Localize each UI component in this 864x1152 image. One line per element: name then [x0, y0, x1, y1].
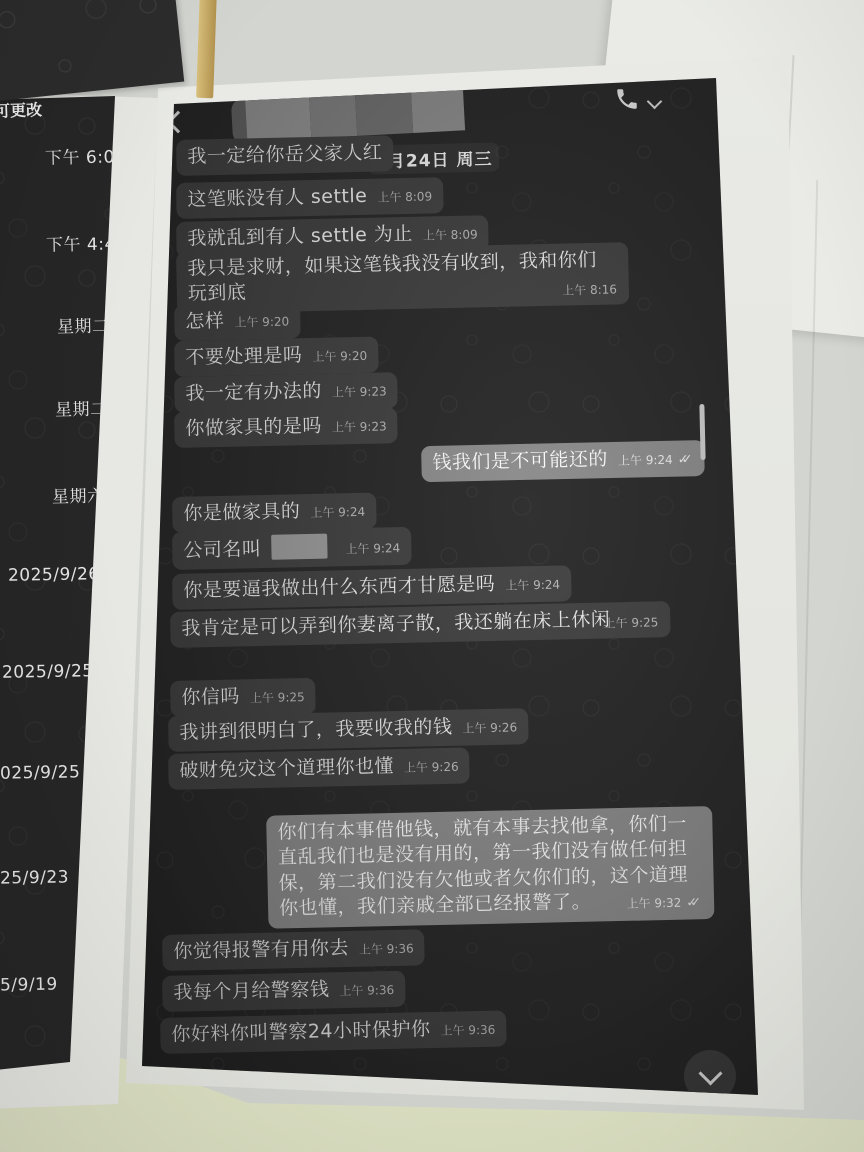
message-bubble: 怎样上午 9:20: [174, 302, 301, 341]
message-bubble: 我一定给你岳父家人红: [176, 135, 394, 176]
message-time: 上午 8:16: [562, 281, 617, 298]
message-time: 上午 9:25: [603, 615, 658, 632]
message-bubble: 公司名叫上午 9:24: [172, 527, 412, 571]
message-time: 上午 9:36: [359, 942, 414, 957]
message-bubble: 你觉得报警有用你去上午 9:36: [162, 929, 425, 971]
message-time: 上午 9:36: [440, 1023, 495, 1038]
left-timestamp: 2025/9/25: [2, 661, 94, 683]
message-time: 上午 9:24: [505, 578, 560, 593]
whatsapp-chat-screen: 9月24日 周三 我一定给你岳父家人红 这笔账没有人 settle上午 8:09…: [140, 70, 770, 1110]
message-bubble-outgoing: 你们有本事借他钱，就有本事去找他拿，你们一直乱我们也是没有用的，第一我们没有做任…: [266, 806, 714, 929]
message-time: 上午 9:20: [312, 349, 367, 364]
message-time: 上午 9:36: [339, 983, 394, 998]
message-bubble: 你做家具的是吗上午 9:23: [174, 407, 398, 448]
left-timestamp: 025/9/25: [0, 762, 81, 783]
message-bubble: 你好料你叫警察24小时保护你上午 9:36: [160, 1010, 507, 1054]
message-time: 上午 9:23: [332, 384, 387, 399]
message-bubble-outgoing: 钱我们是不可能还的上午 9:24✓✓: [421, 440, 705, 483]
message-bubble: 不要处理是吗上午 9:20: [174, 337, 379, 378]
double-check-icon: ✓✓: [677, 452, 693, 467]
company-name-redaction-box: [271, 534, 328, 560]
message-bubble: 这笔账没有人 settle上午 8:09: [176, 177, 443, 219]
message-time: 上午 9:26: [404, 760, 459, 775]
message-time: 上午 9:20: [234, 314, 289, 329]
message-time: 上午 9:23: [332, 419, 387, 434]
message-bubble: 我讲到很明白了，我要收我的钱上午 9:26: [168, 708, 528, 752]
left-timestamp: 2025/9/26: [8, 564, 100, 586]
chevron-down-icon[interactable]: [647, 94, 663, 110]
left-timestamp: 星期二: [55, 395, 108, 421]
left-timestamp: 星期二: [57, 312, 110, 338]
left-timestamp: 25/9/23: [0, 867, 69, 888]
message-time: 上午 8:09: [423, 227, 478, 242]
message-time: 上午 9:24: [310, 505, 365, 520]
scrollbar[interactable]: [699, 404, 705, 460]
chevron-down-icon: [698, 1061, 722, 1085]
message-bubble: 破财免灾这个道理你也懂上午 9:26: [168, 747, 470, 790]
double-check-icon: ✓✓: [686, 896, 702, 911]
phone-icon[interactable]: [614, 86, 640, 112]
left-page-partial-header: 可更改: [0, 97, 42, 122]
message-time: 上午 9:25: [250, 690, 305, 705]
pen: [196, 0, 217, 98]
left-timestamp: 5/9/19: [0, 974, 58, 995]
printed-page-fragment: [0, 0, 184, 102]
message-time: 上午 9:24: [345, 541, 400, 556]
message-time: 上午 8:09: [377, 189, 432, 204]
message-bubble: 我每个月给警察钱上午 9:36: [162, 971, 406, 1013]
message-bubble: 你信吗上午 9:25: [170, 678, 316, 718]
message-time: 上午 9:26: [462, 720, 517, 735]
